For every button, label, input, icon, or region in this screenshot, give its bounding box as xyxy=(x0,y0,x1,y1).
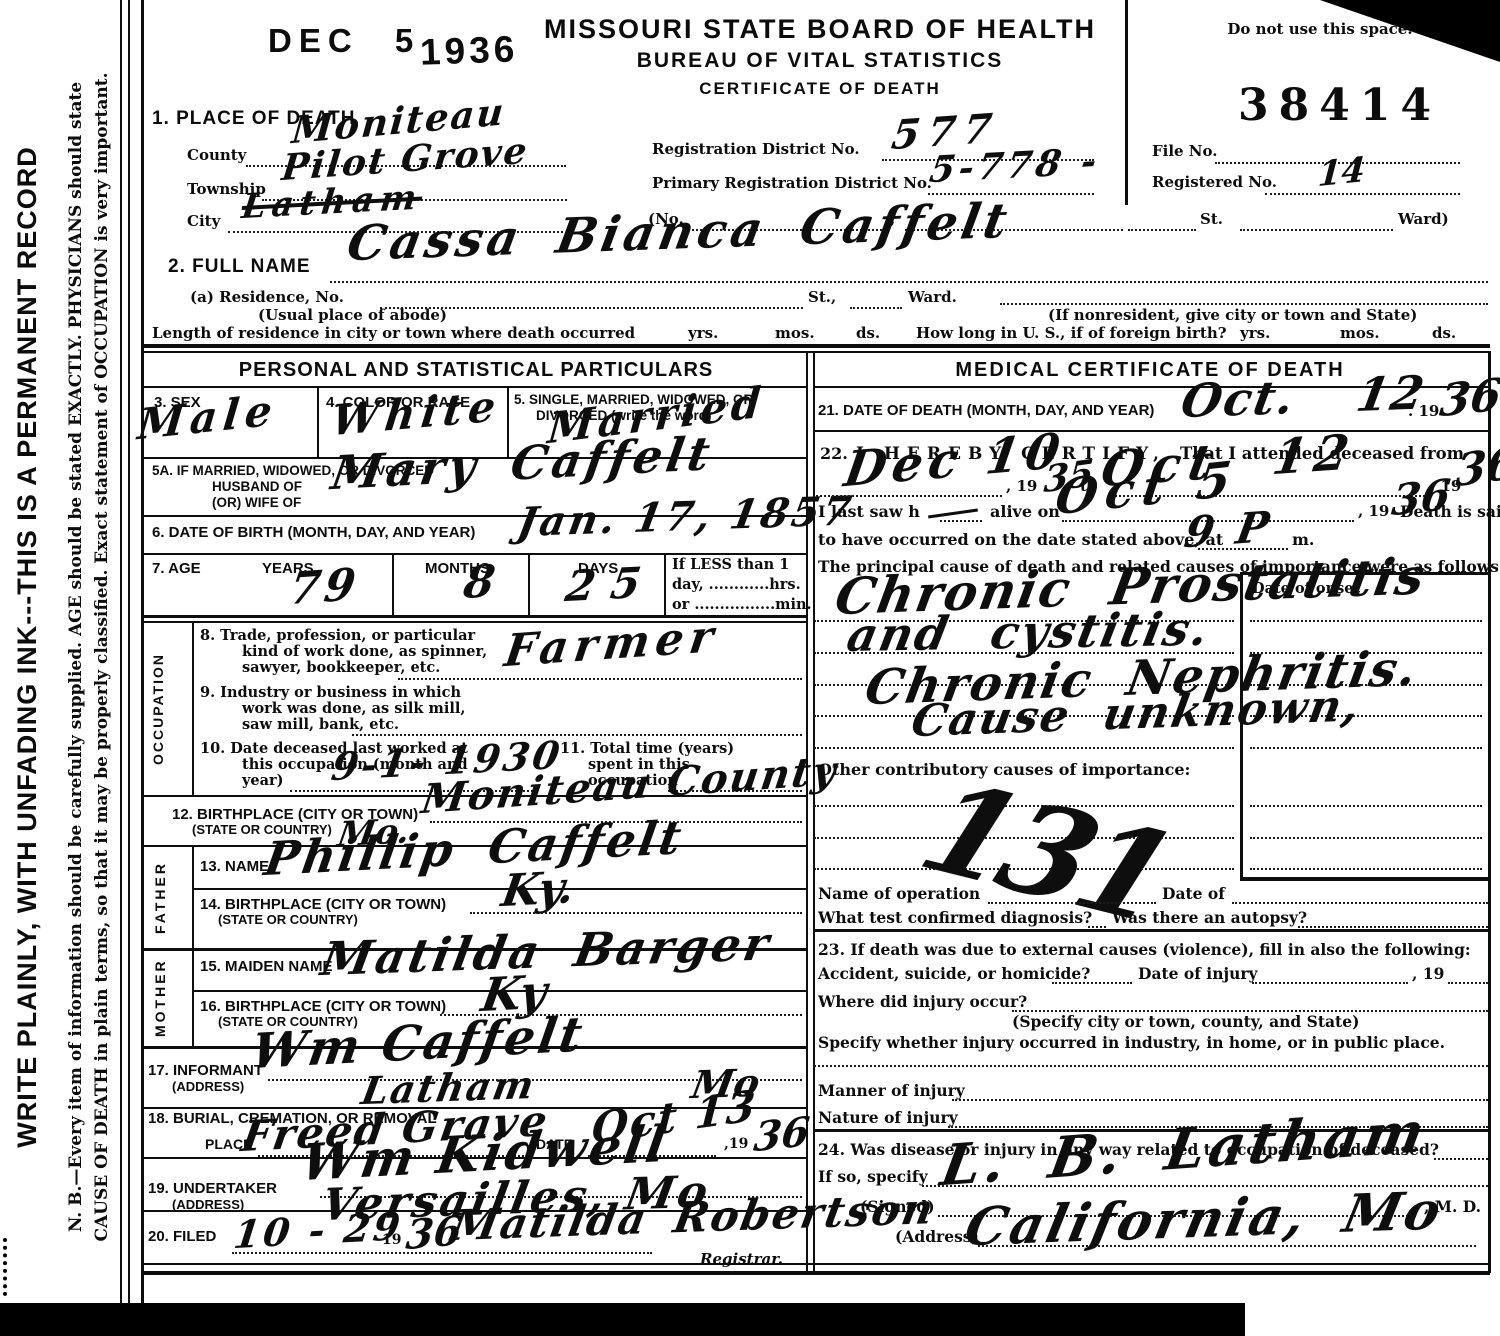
mother-side-label: MOTHER xyxy=(152,953,186,1043)
file-no-label: File No. xyxy=(1152,142,1218,160)
primary-district-label: Primary Registration District No. xyxy=(652,174,932,192)
residence-ward-label: Ward. xyxy=(908,288,957,306)
age-divider-3 xyxy=(664,553,666,615)
age-years-value: 79 xyxy=(287,563,362,612)
occupation-side-label: OCCUPATION xyxy=(150,626,186,792)
attended-from-line xyxy=(816,493,1002,497)
occupation-value: Farmer xyxy=(502,615,722,674)
row3-divider-1 xyxy=(317,386,319,457)
operation-line xyxy=(988,900,1156,904)
q9-label-2: work was done, as silk mill, xyxy=(242,700,465,717)
sex-value: Male xyxy=(136,389,280,446)
father-strip-rule xyxy=(192,847,194,948)
c19c-label: , 19 xyxy=(1358,502,1389,520)
q23-label: 23. If death was due to external causes … xyxy=(818,940,1471,959)
title-board: MISSOURI STATE BOARD OF HEALTH xyxy=(530,14,1110,45)
city-label: City xyxy=(187,212,220,230)
margin-rule-2 xyxy=(128,0,130,1303)
header-bottom-rule-1 xyxy=(141,344,1490,348)
q22-number: 22. xyxy=(820,444,848,463)
onset-line-1 xyxy=(1250,618,1482,622)
age-days-value: 25 xyxy=(563,561,660,608)
onset-line-7 xyxy=(1250,835,1482,839)
test-bottom-rule xyxy=(813,929,1490,932)
q21-19-label: . 19 xyxy=(1408,402,1439,420)
margin-rule-1 xyxy=(120,0,122,1303)
where-injury-label: Where did injury occur? xyxy=(818,992,1027,1011)
c19a-label: , 19 xyxy=(1006,477,1037,495)
death-date-value: Oct. 12 xyxy=(1178,369,1429,424)
lastsaw-scribble xyxy=(928,509,978,519)
personal-title: PERSONAL AND STATISTICAL PARTICULARS xyxy=(146,359,806,382)
onset-line-8 xyxy=(1250,866,1482,870)
length-mos: mos. xyxy=(775,324,815,342)
cause-value-4: Cause unknown, xyxy=(908,684,1364,744)
q20-line xyxy=(232,1250,652,1254)
operation-date-line xyxy=(1232,900,1488,904)
county-label: County xyxy=(187,146,246,164)
registered-no-value: 14 xyxy=(1317,153,1366,192)
length-ds: ds. xyxy=(856,324,880,342)
lastsaw-h-line xyxy=(940,518,982,522)
full-name-line xyxy=(330,279,1488,283)
q9-line xyxy=(352,732,802,736)
residence-label: (a) Residence, No. xyxy=(190,288,344,306)
onset-line-5 xyxy=(1250,745,1482,749)
q10-label-3: year) xyxy=(242,772,284,789)
father-side-label: FATHER xyxy=(152,850,186,945)
registered-no-label: Registered No. xyxy=(1152,173,1277,191)
howlong-ds: ds. xyxy=(1432,324,1456,342)
q17-address-label: (ADDRESS) xyxy=(172,1079,244,1094)
length-residence-label: Length of residence in city or town wher… xyxy=(152,324,635,342)
margin-nb-line1: N. B.—Every item of information should b… xyxy=(66,62,86,1252)
autopsy-line xyxy=(1298,924,1488,928)
occurred-label: to have occurred on the date stated abov… xyxy=(818,530,1223,549)
q14-label-1: 14. BIRTHPLACE (CITY OR TOWN) xyxy=(200,896,446,913)
length-yrs: yrs. xyxy=(688,324,718,342)
q8-label-2: kind of work done, as spinner, xyxy=(242,643,487,660)
margin-nb-line2: CAUSE OF DEATH in plain terms, so that i… xyxy=(92,62,112,1252)
q17-label: 17. INFORMANT xyxy=(148,1062,263,1079)
lastsaw-label-b: alive on xyxy=(990,502,1060,521)
death-year-value: 36 xyxy=(1438,373,1500,424)
c19d-label: , 19 xyxy=(1412,964,1444,983)
burial-year-value: 36 xyxy=(752,1112,812,1158)
residence-st-label: St., xyxy=(808,288,836,306)
date-injury-line xyxy=(1252,980,1408,984)
nonresident-line xyxy=(1000,301,1488,305)
death-hour-value: 9 P xyxy=(1181,506,1276,555)
specify2-label: Specify whether injury occurred in indus… xyxy=(818,1033,1445,1052)
autopsy-label: Was there an autopsy? xyxy=(1112,908,1307,927)
nature-label: Nature of injury xyxy=(818,1108,958,1127)
q11-label-1: 11. Total time (years) xyxy=(560,740,734,757)
q15-label: 15. MAIDEN NAME xyxy=(200,958,333,975)
q21-label: 21. DATE OF DEATH (MONTH, DAY, AND YEAR) xyxy=(818,402,1154,419)
scan-black-band xyxy=(0,1303,1245,1336)
q21-bottom xyxy=(813,430,1490,432)
bottom-rule-1 xyxy=(141,1263,1490,1265)
header-bottom-rule-2 xyxy=(141,351,1490,353)
mother-strip-rule xyxy=(192,951,194,1046)
less-than-label-2: day, ............hrs. xyxy=(672,576,801,593)
accident-label: Accident, suicide, or homicide? xyxy=(818,964,1090,983)
do-not-use-label: Do not use this space. xyxy=(1190,20,1450,38)
married-to-label-2: HUSBAND OF xyxy=(212,479,302,494)
abode-note: (Usual place of abode) xyxy=(258,306,447,324)
color-race-value: White xyxy=(329,385,503,442)
death-said-label: Death is said xyxy=(1400,502,1500,521)
date-injury-label: Date of injury xyxy=(1138,964,1258,983)
registration-district-label: Registration District No. xyxy=(652,140,860,158)
certificate-number-stamp: 38414 xyxy=(1238,80,1441,131)
father-birthplace-value: Ky. xyxy=(498,866,577,914)
c19d-line xyxy=(1448,980,1488,984)
title-bureau: BUREAU OF VITAL STATISTICS xyxy=(530,49,1110,73)
age-divider-1 xyxy=(392,553,394,615)
nonresident-note: (If nonresident, give city or town and S… xyxy=(1048,306,1417,324)
registrar-label: Registrar. xyxy=(700,1250,783,1268)
received-date-stamp: DEC 5 xyxy=(268,22,420,60)
q24-line xyxy=(1434,1156,1488,1160)
signed-label: (Signed) xyxy=(860,1197,935,1216)
q20-label: 20. FILED xyxy=(148,1228,216,1245)
less-than-label-1: If LESS than 1 xyxy=(672,556,789,573)
q9-label-1: 9. Industry or business in which xyxy=(200,684,461,701)
howlong-mos: mos. xyxy=(1340,324,1380,342)
age-months-value: 8 xyxy=(461,560,498,607)
q8-label-1: 8. Trade, profession, or particular xyxy=(200,627,475,644)
ward-line xyxy=(1240,227,1393,231)
age-label: 7. AGE xyxy=(152,560,201,577)
married-to-label-3: (OR) WIFE OF xyxy=(212,495,301,510)
howlong-yrs: yrs. xyxy=(1240,324,1270,342)
specify2-line xyxy=(814,1063,1488,1067)
q16-label-1: 16. BIRTHPLACE (CITY OR TOWN) xyxy=(200,998,446,1015)
dob-value: Jan. 17, 1857 xyxy=(514,491,857,543)
test-line xyxy=(1088,924,1106,928)
specify-paren-label: (Specify city or town, county, and State… xyxy=(1012,1012,1359,1031)
howlong-label: How long in U. S., if of foreign birth? xyxy=(916,324,1227,342)
bottom-rule-2 xyxy=(141,1271,1490,1275)
onset-box-bottom xyxy=(1240,877,1490,881)
lastsaw-label-a: I last saw h xyxy=(818,502,920,521)
primary-district-value: 5-778 - xyxy=(927,143,1103,188)
cause-line-5 xyxy=(814,745,1234,749)
title-certificate: CERTIFICATE OF DEATH xyxy=(530,79,1110,99)
row6-bottom xyxy=(141,553,806,555)
q14-label-2: (STATE OR COUNTRY) xyxy=(218,912,358,927)
full-name-value: Cassa Bianca Caffelt xyxy=(344,197,1015,268)
received-year-stamp: 1936 xyxy=(419,28,519,73)
ifso-label: If so, specify xyxy=(818,1167,928,1186)
residence-st-line xyxy=(850,305,902,309)
occurred-m-label: m. xyxy=(1292,530,1315,549)
occupation-strip-rule xyxy=(192,623,194,795)
q19-label: 19. UNDERTAKER xyxy=(148,1180,277,1197)
to-year-value: 36 xyxy=(1454,441,1500,494)
ward-paren-label: Ward) xyxy=(1398,210,1449,228)
do-not-use-box-rule xyxy=(1125,0,1128,205)
q13-label: 13. NAME xyxy=(200,858,269,875)
street-line-2 xyxy=(1128,227,1196,231)
q20-19-label: 19 xyxy=(382,1232,401,1248)
manner-label: Manner of injury xyxy=(818,1081,965,1100)
test-label: What test confirmed diagnosis? xyxy=(818,908,1092,927)
row13-bottom xyxy=(192,888,806,890)
q8-label-3: sawyer, bookkeeper, etc. xyxy=(242,659,440,676)
registered-no-line xyxy=(1265,191,1460,195)
filed-date-value: 10 - 29 xyxy=(232,1207,405,1254)
q8-line xyxy=(398,676,802,680)
operation-date-label: Date of xyxy=(1162,884,1225,903)
death-certificate-scan: WRITE PLAINLY, WITH UNFADING INK---THIS … xyxy=(0,0,1500,1336)
accident-line xyxy=(1052,980,1132,984)
age-divider-2 xyxy=(528,553,530,615)
form-print-code xyxy=(3,1238,7,1296)
dob-label: 6. DATE OF BIRTH (MONTH, DAY, AND YEAR) xyxy=(152,524,475,541)
q9-label-3: saw mill, bank, etc. xyxy=(242,716,399,733)
q18-19-label: ,19 xyxy=(724,1136,748,1152)
operation-label: Name of operation xyxy=(818,884,980,903)
margin-warning: WRITE PLAINLY, WITH UNFADING INK---THIS … xyxy=(12,32,43,1262)
street-label: St. xyxy=(1200,210,1223,228)
full-name-label: 2. FULL NAME xyxy=(168,256,311,278)
less-than-label-3: or ................min. xyxy=(672,596,812,613)
physician-signature: L. B. Latham xyxy=(937,1104,1432,1195)
onset-line-6 xyxy=(1250,803,1482,807)
